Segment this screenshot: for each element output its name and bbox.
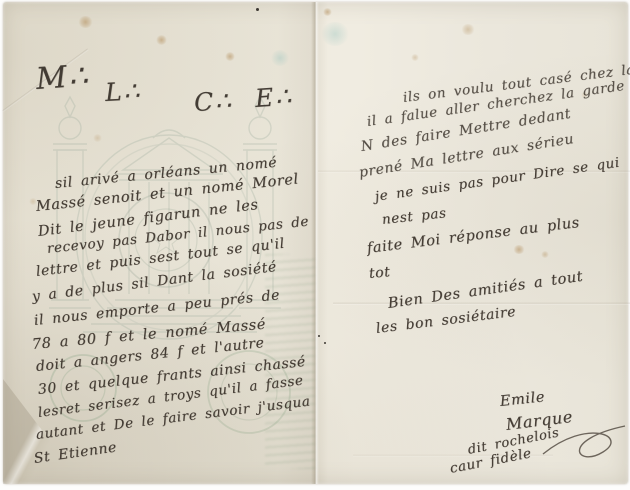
handwriting-line: nest pas (381, 205, 447, 228)
letter-scan: M∴ L∴ C∴ E∴ sil arivé a orléans un nomé … (0, 0, 630, 490)
foxing-spot (225, 52, 235, 61)
ink-blot-faint (271, 50, 289, 66)
heading-initial: C∴ (193, 86, 234, 117)
ink-blot-faint (321, 22, 349, 46)
letter-paper: M∴ L∴ C∴ E∴ sil arivé a orléans un nomé … (3, 2, 628, 484)
handwriting-line: Bien Des amitiés a tout (387, 269, 584, 312)
handwriting-line: tot (368, 264, 391, 282)
signature-name-line: Emile (499, 389, 546, 410)
foxing-spot (78, 16, 93, 28)
foxing-spot (93, 134, 102, 142)
foxing-spot (461, 24, 475, 35)
ink-speck (318, 335, 320, 337)
heading-initial: L∴ (104, 76, 142, 107)
foxing-spot (513, 245, 525, 254)
ink-speck (256, 8, 259, 11)
foxing-spot (541, 251, 549, 258)
foxing-spot (156, 35, 167, 45)
ink-speck (324, 342, 326, 344)
crease-right-middle (333, 302, 630, 305)
heading-initial: E∴ (254, 81, 294, 113)
foxing-spot (411, 54, 419, 61)
heading-initial: M∴ (35, 58, 91, 97)
foxing-spot (323, 8, 332, 16)
